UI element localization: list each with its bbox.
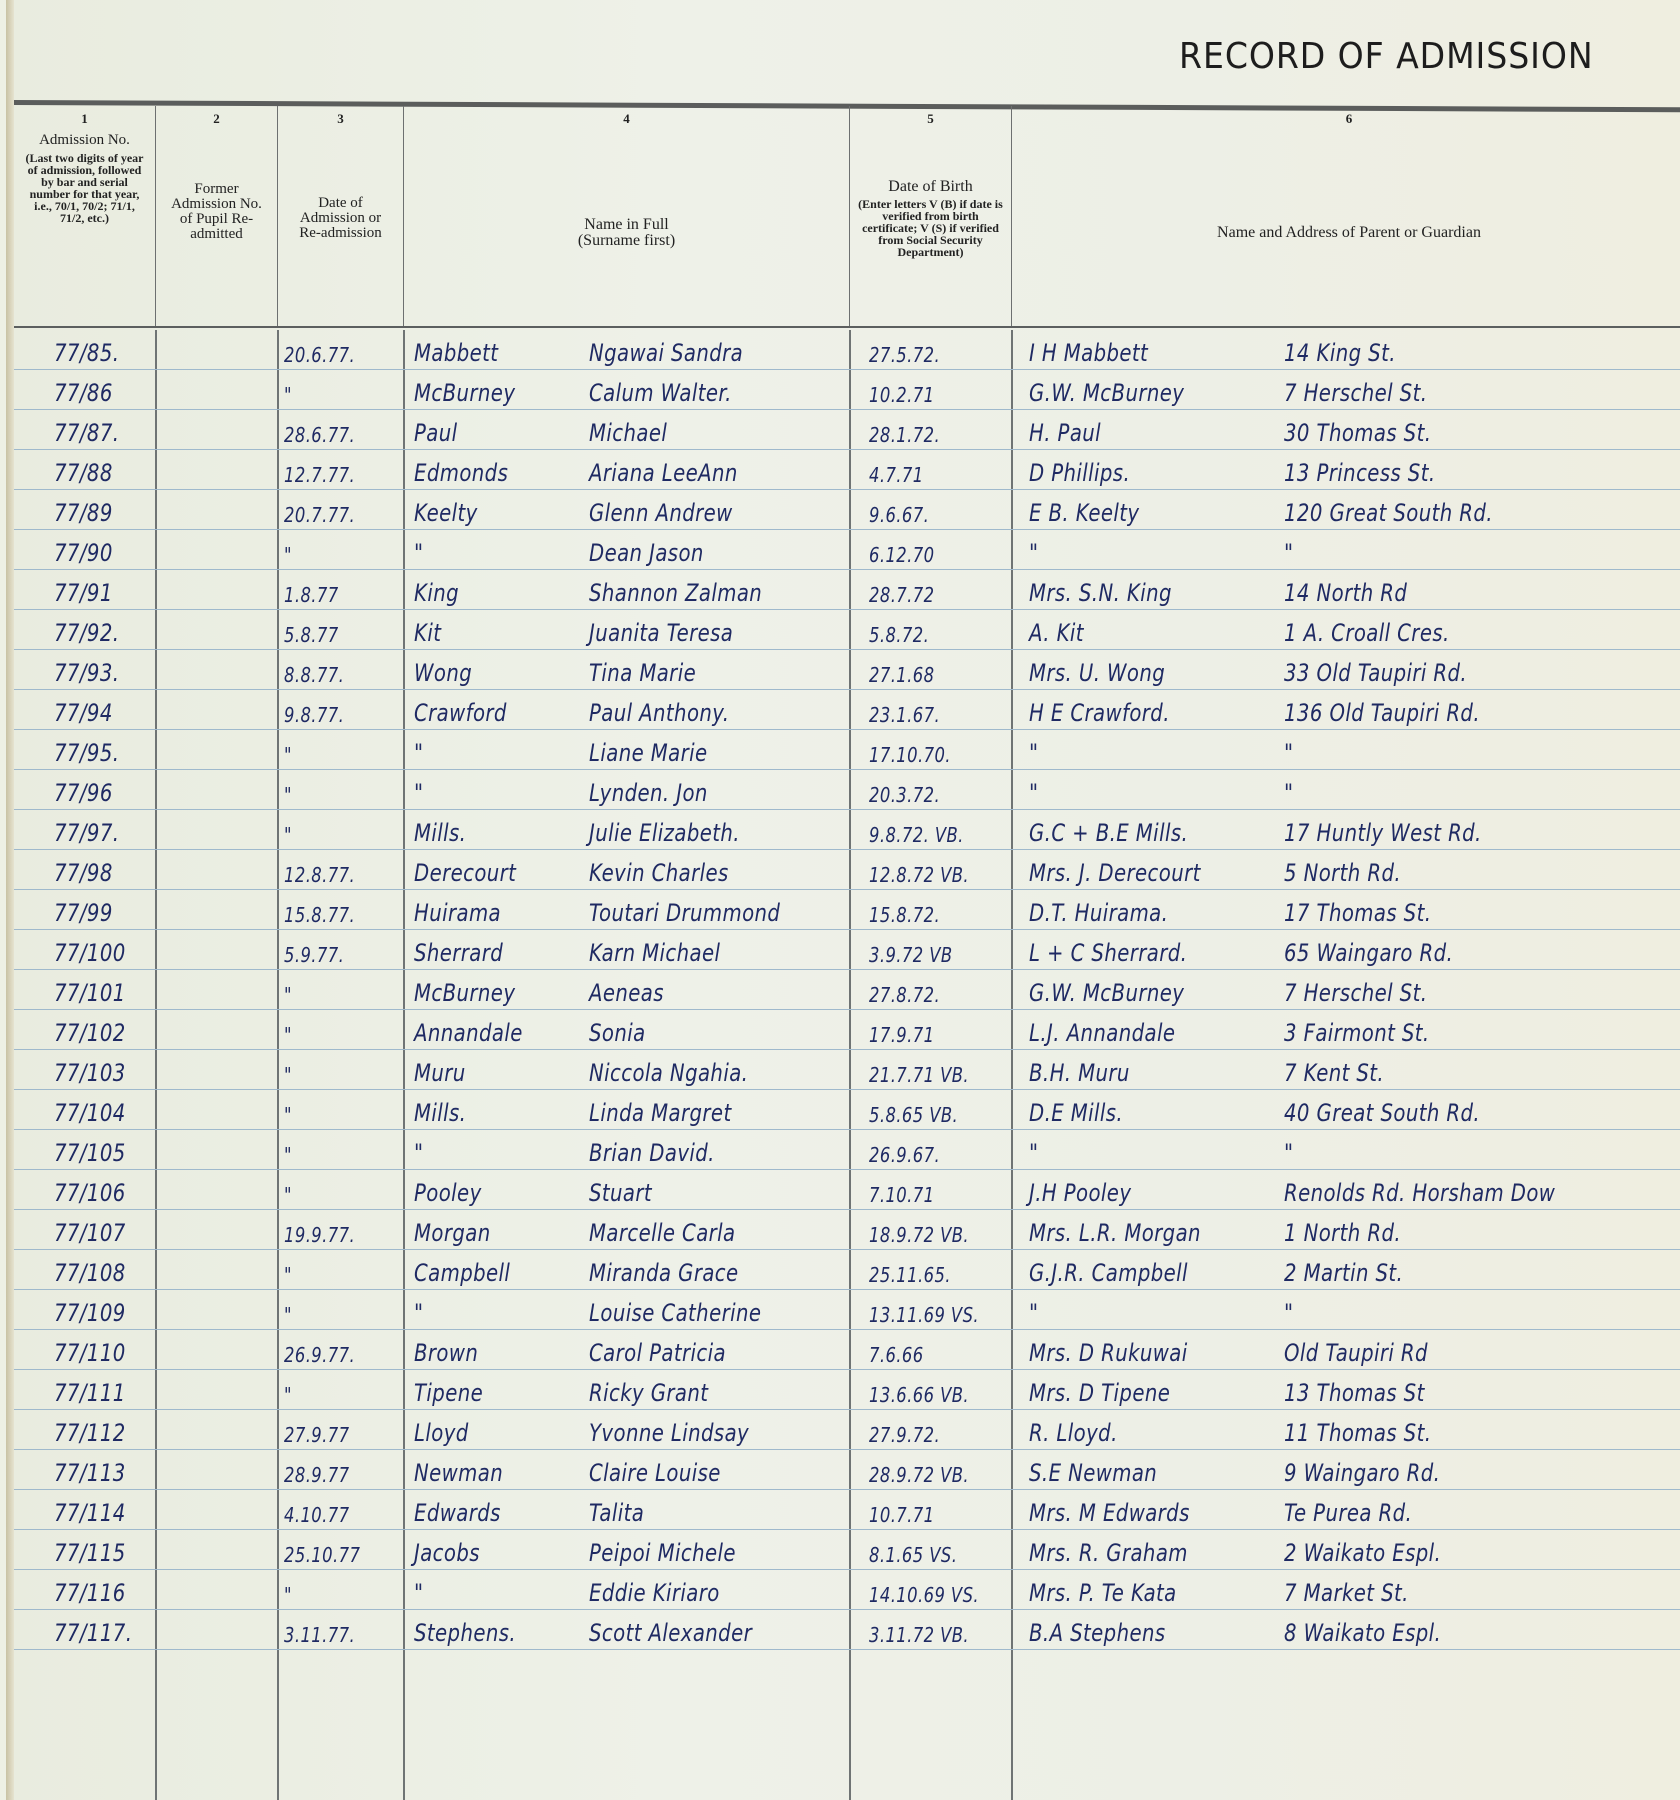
- date-of-birth: 14.10.69 VS.: [869, 1583, 979, 1607]
- admission-number: 77/112: [54, 1419, 126, 1447]
- ledger-row: 77/102 " Annandale Sonia 17.9.71 L.J. An…: [14, 1010, 1680, 1050]
- pupil-given-names: Sonia: [589, 1019, 646, 1047]
- pupil-surname: McBurney: [414, 979, 515, 1007]
- ledger-row: 77/114 4.10.77 Edwards Talita 10.7.71 Mr…: [14, 1490, 1680, 1530]
- pupil-surname: Wong: [414, 659, 472, 687]
- parent-guardian-name: E B. Keelty: [1029, 499, 1139, 527]
- ledger-row: 77/109 " " Louise Catherine 13.11.69 VS.…: [14, 1290, 1680, 1330]
- pupil-given-names: Dean Jason: [589, 539, 704, 567]
- date-of-birth: 28.9.72 VB.: [869, 1463, 969, 1487]
- admission-number: 77/92.: [54, 619, 119, 647]
- date-of-birth: 27.8.72.: [869, 983, 940, 1007]
- pupil-surname: Keelty: [414, 499, 478, 527]
- date-of-birth: 17.9.71: [869, 1023, 934, 1047]
- parent-guardian-address: 5 North Rd.: [1284, 859, 1401, 887]
- pupil-given-names: Eddie Kiriaro: [589, 1579, 720, 1607]
- pupil-given-names: Juanita Teresa: [589, 619, 733, 647]
- parent-guardian-address: 136 Old Taupiri Rd.: [1284, 699, 1480, 727]
- pupil-given-names: Toutari Drummond: [589, 899, 780, 927]
- pupil-surname: Stephens.: [414, 1619, 516, 1647]
- admission-date: 12.7.77.: [284, 463, 355, 487]
- column-header-parent-guardian: 6 Name and Address of Parent or Guardian: [1012, 106, 1680, 328]
- parent-guardian-name: G.W. McBurney: [1029, 379, 1184, 407]
- parent-guardian-address: 9 Waingaro Rd.: [1284, 1459, 1440, 1487]
- header-bottom-rule: [14, 326, 1680, 328]
- admission-number: 77/114: [54, 1499, 126, 1527]
- pupil-surname: Morgan: [414, 1219, 491, 1247]
- parent-guardian-address: 11 Thomas St.: [1284, 1419, 1431, 1447]
- admission-date: 27.9.77: [284, 1423, 349, 1447]
- date-of-birth: 9.6.67.: [869, 503, 929, 527]
- pupil-given-names: Calum Walter.: [589, 379, 732, 407]
- column-header-date-of-admission: 3 Date of Admission or Re-admission: [278, 106, 404, 328]
- admission-date: 8.8.77.: [284, 663, 344, 687]
- pupil-given-names: Julie Elizabeth.: [589, 819, 740, 847]
- admission-date: 1.8.77: [284, 583, 339, 607]
- pupil-given-names: Liane Marie: [589, 739, 708, 767]
- pupil-surname: Brown: [414, 1339, 478, 1367]
- pupil-given-names: Carol Patricia: [589, 1339, 726, 1367]
- admission-number: 77/99: [54, 899, 113, 927]
- ledger-row: 77/116 " " Eddie Kiriaro 14.10.69 VS. Mr…: [14, 1570, 1680, 1610]
- admission-number: 77/93.: [54, 659, 119, 687]
- pupil-surname: Crawford: [414, 699, 507, 727]
- parent-guardian-name: Mrs. D Rukuwai: [1029, 1339, 1188, 1367]
- pupil-given-names: Aeneas: [589, 979, 664, 1007]
- pupil-given-names: Scott Alexander: [589, 1619, 752, 1647]
- pupil-surname: ": [414, 539, 423, 567]
- parent-guardian-address: Te Purea Rd.: [1284, 1499, 1412, 1527]
- ledger-row: 77/117. 3.11.77. Stephens. Scott Alexand…: [14, 1610, 1680, 1650]
- pupil-surname: Edmonds: [414, 459, 508, 487]
- pupil-given-names: Linda Margret: [589, 1099, 732, 1127]
- date-of-birth: 3.11.72 VB.: [869, 1623, 969, 1647]
- parent-guardian-address: ": [1284, 739, 1293, 767]
- pupil-given-names: Peipoi Michele: [589, 1539, 736, 1567]
- pupil-given-names: Tina Marie: [589, 659, 696, 687]
- ledger-row: 77/88 12.7.77. Edmonds Ariana LeeAnn 4.7…: [14, 450, 1680, 490]
- parent-guardian-name: D.T. Huirama.: [1029, 899, 1168, 927]
- page-title: RECORD OF ADMISSION: [1180, 36, 1594, 77]
- pupil-given-names: Paul Anthony.: [589, 699, 729, 727]
- ledger-row: 77/98 12.8.77. Derecourt Kevin Charles 1…: [14, 850, 1680, 890]
- date-of-birth: 15.8.72.: [869, 903, 940, 927]
- parent-guardian-name: Mrs. D Tipene: [1029, 1379, 1170, 1407]
- date-of-birth: 21.7.71 VB.: [869, 1063, 969, 1087]
- pupil-given-names: Glenn Andrew: [589, 499, 733, 527]
- admission-number: 77/107: [54, 1219, 126, 1247]
- parent-guardian-name: Mrs. S.N. King: [1029, 579, 1172, 607]
- parent-guardian-address: 7 Herschel St.: [1284, 379, 1427, 407]
- admission-date: 5.9.77.: [284, 943, 344, 967]
- parent-guardian-name: D Phillips.: [1029, 459, 1130, 487]
- ledger-row: 77/90 " " Dean Jason 6.12.70 " ": [14, 530, 1680, 570]
- date-of-birth: 6.12.70: [869, 543, 934, 567]
- admission-number: 77/103: [54, 1059, 126, 1087]
- ledger-row: 77/97. " Mills. Julie Elizabeth. 9.8.72.…: [14, 810, 1680, 850]
- parent-guardian-address: 17 Huntly West Rd.: [1284, 819, 1482, 847]
- parent-guardian-name: L.J. Annandale: [1029, 1019, 1175, 1047]
- pupil-surname: Lloyd: [414, 1419, 469, 1447]
- pupil-surname: Campbell: [414, 1259, 510, 1287]
- pupil-surname: Muru: [414, 1059, 466, 1087]
- admission-date: 28.6.77.: [284, 423, 355, 447]
- pupil-surname: Derecourt: [414, 859, 516, 887]
- date-of-birth: 3.9.72 VB: [869, 943, 953, 967]
- admission-number: 77/85.: [54, 339, 119, 367]
- admission-date: ": [284, 983, 292, 1007]
- admission-number: 77/111: [54, 1379, 126, 1407]
- parent-guardian-name: Mrs. M Edwards: [1029, 1499, 1190, 1527]
- parent-guardian-name: S.E Newman: [1029, 1459, 1157, 1487]
- pupil-given-names: Yvonne Lindsay: [589, 1419, 749, 1447]
- admission-number: 77/98: [54, 859, 113, 887]
- parent-guardian-name: ": [1029, 1139, 1038, 1167]
- pupil-given-names: Kevin Charles: [589, 859, 729, 887]
- ledger-row: 77/103 " Muru Niccola Ngahia. 21.7.71 VB…: [14, 1050, 1680, 1090]
- date-of-birth: 13.11.69 VS.: [869, 1303, 979, 1327]
- ledger-row: 77/105 " " Brian David. 26.9.67. " ": [14, 1130, 1680, 1170]
- date-of-birth: 27.5.72.: [869, 343, 940, 367]
- pupil-surname: Pooley: [414, 1179, 482, 1207]
- admission-number: 77/110: [54, 1339, 126, 1367]
- ledger-row: 77/104 " Mills. Linda Margret 5.8.65 VB.…: [14, 1090, 1680, 1130]
- parent-guardian-address: 1 A. Croall Cres.: [1284, 619, 1450, 647]
- admission-number: 77/101: [54, 979, 126, 1007]
- parent-guardian-name: Mrs. U. Wong: [1029, 659, 1165, 687]
- parent-guardian-address: Old Taupiri Rd: [1284, 1339, 1428, 1367]
- date-of-birth: 25.11.65.: [869, 1263, 951, 1287]
- parent-guardian-address: 8 Waikato Espl.: [1284, 1619, 1441, 1647]
- ledger-row: 77/96 " " Lynden. Jon 20.3.72. " ": [14, 770, 1680, 810]
- admission-date: ": [284, 1583, 292, 1607]
- pupil-surname: Sherrard: [414, 939, 503, 967]
- ledger-row: 77/111 " Tipene Ricky Grant 13.6.66 VB. …: [14, 1370, 1680, 1410]
- pupil-given-names: Ricky Grant: [589, 1379, 708, 1407]
- admission-date: 15.8.77.: [284, 903, 355, 927]
- admission-date: 25.10.77: [284, 1543, 360, 1567]
- date-of-birth: 20.3.72.: [869, 783, 940, 807]
- pupil-given-names: Miranda Grace: [589, 1259, 739, 1287]
- admission-date: 28.9.77: [284, 1463, 349, 1487]
- admission-number: 77/108: [54, 1259, 126, 1287]
- parent-guardian-name: B.H. Muru: [1029, 1059, 1130, 1087]
- pupil-surname: ": [414, 1579, 423, 1607]
- date-of-birth: 27.9.72.: [869, 1423, 940, 1447]
- ledger-row: 77/85. 20.6.77. Mabbett Ngawai Sandra 27…: [14, 330, 1680, 370]
- admission-date: ": [284, 1383, 292, 1407]
- parent-guardian-address: 2 Waikato Espl.: [1284, 1539, 1441, 1567]
- parent-guardian-name: ": [1029, 539, 1038, 567]
- pupil-surname: ": [414, 1299, 423, 1327]
- ledger-row: 77/99 15.8.77. Huirama Toutari Drummond …: [14, 890, 1680, 930]
- date-of-birth: 12.8.72 VB.: [869, 863, 969, 887]
- ledger-row: 77/92. 5.8.77 Kit Juanita Teresa 5.8.72.…: [14, 610, 1680, 650]
- pupil-surname: Mills.: [414, 819, 466, 847]
- parent-guardian-address: 33 Old Taupiri Rd.: [1284, 659, 1467, 687]
- admission-date: 3.11.77.: [284, 1623, 355, 1647]
- admission-date: ": [284, 743, 292, 767]
- ledger-row: 77/89 20.7.77. Keelty Glenn Andrew 9.6.6…: [14, 490, 1680, 530]
- parent-guardian-address: ": [1284, 1299, 1293, 1327]
- admission-date: 12.8.77.: [284, 863, 355, 887]
- date-of-birth: 18.9.72 VB.: [869, 1223, 969, 1247]
- admission-date: ": [284, 1103, 292, 1127]
- admission-date: 20.7.77.: [284, 503, 355, 527]
- admission-date: 26.9.77.: [284, 1343, 355, 1367]
- parent-guardian-address: Renolds Rd. Horsham Dow: [1284, 1179, 1555, 1207]
- admission-date: ": [284, 823, 292, 847]
- ledger-row: 77/91 1.8.77 King Shannon Zalman 28.7.72…: [14, 570, 1680, 610]
- pupil-given-names: Ariana LeeAnn: [589, 459, 738, 487]
- parent-guardian-address: ": [1284, 539, 1293, 567]
- date-of-birth: 5.8.65 VB.: [869, 1103, 958, 1127]
- column-header-former-admission: 2 Former Admission No. of Pupil Re-admit…: [156, 106, 278, 328]
- parent-guardian-name: Mrs. L.R. Morgan: [1029, 1219, 1201, 1247]
- pupil-given-names: Talita: [589, 1499, 644, 1527]
- ledger-page: RECORD OF ADMISSION 1 Admission No. (Las…: [6, 0, 1680, 1800]
- pupil-given-names: Claire Louise: [589, 1459, 721, 1487]
- ledger-row: 77/86 " McBurney Calum Walter. 10.2.71 G…: [14, 370, 1680, 410]
- admission-number: 77/86: [54, 379, 113, 407]
- pupil-surname: Annandale: [414, 1019, 523, 1047]
- admission-date: ": [284, 383, 292, 407]
- ledger-row: 77/101 " McBurney Aeneas 27.8.72. G.W. M…: [14, 970, 1680, 1010]
- ledger-row: 77/113 28.9.77 Newman Claire Louise 28.9…: [14, 1450, 1680, 1490]
- ledger-row: 77/94 9.8.77. Crawford Paul Anthony. 23.…: [14, 690, 1680, 730]
- pupil-given-names: Shannon Zalman: [589, 579, 762, 607]
- pupil-surname: Huirama: [414, 899, 501, 927]
- date-of-birth: 10.2.71: [869, 383, 934, 407]
- pupil-surname: Kit: [414, 619, 441, 647]
- date-of-birth: 8.1.65 VS.: [869, 1543, 957, 1567]
- admission-date: 4.10.77: [284, 1503, 349, 1527]
- admission-number: 77/102: [54, 1019, 126, 1047]
- parent-guardian-address: 14 King St.: [1284, 339, 1396, 367]
- admission-number: 77/117.: [54, 1619, 132, 1647]
- ledger-row: 77/100 5.9.77. Sherrard Karn Michael 3.9…: [14, 930, 1680, 970]
- admission-date: 9.8.77.: [284, 703, 344, 727]
- admission-number: 77/94: [54, 699, 113, 727]
- parent-guardian-address: 1 North Rd.: [1284, 1219, 1401, 1247]
- date-of-birth: 28.1.72.: [869, 423, 940, 447]
- column-header-admission-no: 1 Admission No. (Last two digits of year…: [14, 106, 156, 328]
- ledger-row: 77/112 27.9.77 Lloyd Yvonne Lindsay 27.9…: [14, 1410, 1680, 1450]
- ledger-row: 77/93. 8.8.77. Wong Tina Marie 27.1.68 M…: [14, 650, 1680, 690]
- admission-number: 77/109: [54, 1299, 126, 1327]
- pupil-given-names: Niccola Ngahia.: [589, 1059, 748, 1087]
- parent-guardian-address: 7 Herschel St.: [1284, 979, 1427, 1007]
- date-of-birth: 10.7.71: [869, 1503, 934, 1527]
- ledger-row: 77/108 " Campbell Miranda Grace 25.11.65…: [14, 1250, 1680, 1290]
- pupil-surname: Paul: [414, 419, 458, 447]
- pupil-surname: King: [414, 579, 459, 607]
- pupil-given-names: Karn Michael: [589, 939, 720, 967]
- parent-guardian-name: G.W. McBurney: [1029, 979, 1184, 1007]
- pupil-given-names: Michael: [589, 419, 667, 447]
- admission-date: ": [284, 783, 292, 807]
- parent-guardian-name: J.H Pooley: [1029, 1179, 1131, 1207]
- parent-guardian-name: H E Crawford.: [1029, 699, 1170, 727]
- column-header-date-of-birth: 5 Date of Birth (Enter letters V (B) if …: [850, 106, 1012, 328]
- parent-guardian-address: 65 Waingaro Rd.: [1284, 939, 1453, 967]
- date-of-birth: 17.10.70.: [869, 743, 951, 767]
- parent-guardian-name: ": [1029, 779, 1038, 807]
- admission-date: ": [284, 1143, 292, 1167]
- admission-number: 77/100: [54, 939, 126, 967]
- date-of-birth: 5.8.72.: [869, 623, 929, 647]
- parent-guardian-address: ": [1284, 779, 1293, 807]
- admission-number: 77/115: [54, 1539, 126, 1567]
- admission-number: 77/113: [54, 1459, 126, 1487]
- parent-guardian-address: 3 Fairmont St.: [1284, 1019, 1430, 1047]
- date-of-birth: 26.9.67.: [869, 1143, 940, 1167]
- ledger-row: 77/115 25.10.77 Jacobs Peipoi Michele 8.…: [14, 1530, 1680, 1570]
- admission-date: ": [284, 1303, 292, 1327]
- parent-guardian-address: 2 Martin St.: [1284, 1259, 1403, 1287]
- parent-guardian-address: 13 Thomas St: [1284, 1379, 1425, 1407]
- parent-guardian-name: D.E Mills.: [1029, 1099, 1123, 1127]
- pupil-given-names: Lynden. Jon: [589, 779, 708, 807]
- pupil-surname: Mabbett: [414, 339, 498, 367]
- pupil-given-names: Louise Catherine: [589, 1299, 761, 1327]
- pupil-given-names: Brian David.: [589, 1139, 715, 1167]
- admission-date: ": [284, 1263, 292, 1287]
- date-of-birth: 4.7.71: [869, 463, 924, 487]
- admission-date: 19.9.77.: [284, 1223, 355, 1247]
- admission-date: 20.6.77.: [284, 343, 355, 367]
- parent-guardian-address: ": [1284, 1139, 1293, 1167]
- parent-guardian-address: 14 North Rd: [1284, 579, 1407, 607]
- date-of-birth: 7.10.71: [869, 1183, 934, 1207]
- admission-number: 77/97.: [54, 819, 119, 847]
- admission-number: 77/90: [54, 539, 113, 567]
- ledger-row: 77/106 " Pooley Stuart 7.10.71 J.H Poole…: [14, 1170, 1680, 1210]
- date-of-birth: 9.8.72. VB.: [869, 823, 964, 847]
- pupil-surname: Mills.: [414, 1099, 466, 1127]
- admission-number: 77/91: [54, 579, 113, 607]
- date-of-birth: 27.1.68: [869, 663, 934, 687]
- date-of-birth: 13.6.66 VB.: [869, 1383, 969, 1407]
- parent-guardian-address: 7 Kent St.: [1284, 1059, 1384, 1087]
- admission-number: 77/87.: [54, 419, 119, 447]
- admission-number: 77/104: [54, 1099, 126, 1127]
- parent-guardian-name: G.J.R. Campbell: [1029, 1259, 1188, 1287]
- admission-number: 77/96: [54, 779, 113, 807]
- parent-guardian-address: 17 Thomas St.: [1284, 899, 1431, 927]
- pupil-surname: ": [414, 1139, 423, 1167]
- parent-guardian-address: 40 Great South Rd.: [1284, 1099, 1480, 1127]
- parent-guardian-name: A. Kit: [1029, 619, 1084, 647]
- page-binding: [6, 0, 14, 1800]
- admission-number: 77/106: [54, 1179, 126, 1207]
- admission-date: ": [284, 543, 292, 567]
- admission-date: ": [284, 1023, 292, 1047]
- admission-date: ": [284, 1183, 292, 1207]
- ledger-row: 77/107 19.9.77. Morgan Marcelle Carla 18…: [14, 1210, 1680, 1250]
- pupil-surname: ": [414, 779, 423, 807]
- date-of-birth: 23.1.67.: [869, 703, 940, 727]
- admission-number: 77/89: [54, 499, 113, 527]
- admission-number: 77/88: [54, 459, 113, 487]
- ledger-row: 77/95. " " Liane Marie 17.10.70. " ": [14, 730, 1680, 770]
- parent-guardian-name: L + C Sherrard.: [1029, 939, 1187, 967]
- parent-guardian-name: H. Paul: [1029, 419, 1101, 447]
- pupil-surname: Edwards: [414, 1499, 501, 1527]
- parent-guardian-name: R. Lloyd.: [1029, 1419, 1118, 1447]
- pupil-given-names: Ngawai Sandra: [589, 339, 743, 367]
- date-of-birth: 28.7.72: [869, 583, 934, 607]
- admission-number: 77/95.: [54, 739, 119, 767]
- parent-guardian-address: 30 Thomas St.: [1284, 419, 1431, 447]
- admission-number: 77/116: [54, 1579, 126, 1607]
- parent-guardian-address: 13 Princess St.: [1284, 459, 1436, 487]
- parent-guardian-name: Mrs. J. Derecourt: [1029, 859, 1201, 887]
- parent-guardian-name: ": [1029, 739, 1038, 767]
- admission-number: 77/105: [54, 1139, 126, 1167]
- pupil-surname: ": [414, 739, 423, 767]
- parent-guardian-name: Mrs. R. Graham: [1029, 1539, 1188, 1567]
- pupil-given-names: Stuart: [589, 1179, 652, 1207]
- pupil-surname: Newman: [414, 1459, 503, 1487]
- pupil-surname: Jacobs: [414, 1539, 480, 1567]
- parent-guardian-name: ": [1029, 1299, 1038, 1327]
- admission-ledger-table: 77/85. 20.6.77. Mabbett Ngawai Sandra 27…: [14, 330, 1680, 1800]
- ledger-row: 77/110 26.9.77. Brown Carol Patricia 7.6…: [14, 1330, 1680, 1370]
- ledger-row: 77/87. 28.6.77. Paul Michael 28.1.72. H.…: [14, 410, 1680, 450]
- admission-date: 5.8.77: [284, 623, 339, 647]
- pupil-given-names: Marcelle Carla: [589, 1219, 736, 1247]
- date-of-birth: 7.6.66: [869, 1343, 924, 1367]
- pupil-surname: Tipene: [414, 1379, 483, 1407]
- pupil-surname: McBurney: [414, 379, 515, 407]
- parent-guardian-name: I H Mabbett: [1029, 339, 1148, 367]
- admission-date: ": [284, 1063, 292, 1087]
- parent-guardian-address: 7 Market St.: [1284, 1579, 1409, 1607]
- column-header-name-in-full: 4 Name in Full (Surname first): [404, 106, 850, 328]
- parent-guardian-name: G.C + B.E Mills.: [1029, 819, 1188, 847]
- parent-guardian-address: 120 Great South Rd.: [1284, 499, 1493, 527]
- parent-guardian-name: Mrs. P. Te Kata: [1029, 1579, 1177, 1607]
- parent-guardian-name: B.A Stephens: [1029, 1619, 1166, 1647]
